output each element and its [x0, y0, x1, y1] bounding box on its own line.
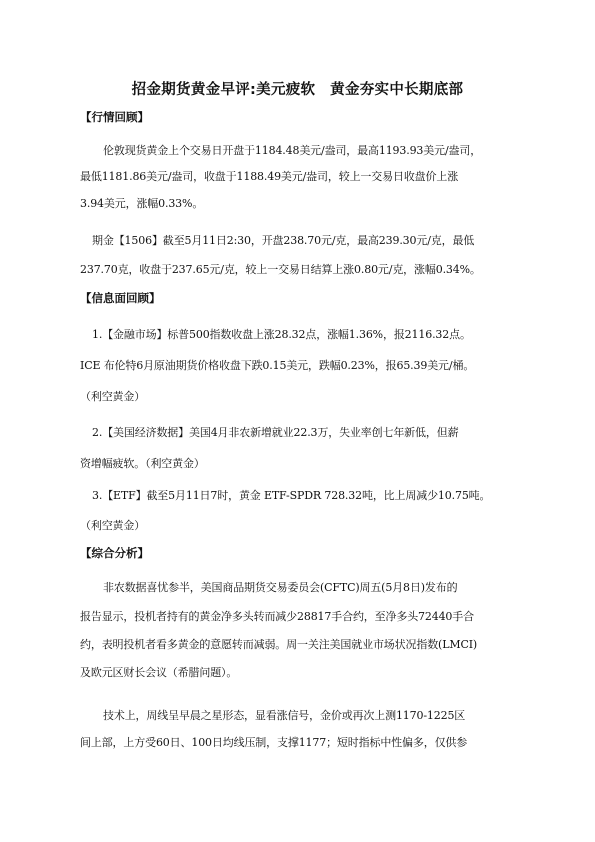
- paragraph-line: 约，表明投机者看多黄金的意愿转而减弱。周一关注美国就业市场状况指数(LMCI): [80, 636, 477, 652]
- list-item-line: 2.【美国经济数据】美国4月非农新增就业22.3万，失业率创七年新低，但薪: [92, 424, 458, 440]
- list-item-line: （利空黄金）: [80, 517, 145, 533]
- list-item-line: 1.【金融市场】标普500指数收盘上涨28.32点，涨幅1.36%，报2116.…: [92, 326, 471, 342]
- paragraph-line: 3.94美元，涨幅0.33%。: [80, 195, 203, 211]
- paragraph-line: 非农数据喜忧参半，美国商品期货交易委员会(CFTC)周五(5月8日)发布的: [103, 579, 457, 595]
- list-item-line: 资增幅疲软。（利空黄金）: [80, 455, 205, 471]
- section-heading-analysis: 【综合分析】: [80, 545, 149, 561]
- paragraph-line: 间上部，上方受60日、100日均线压制，支撑1177；短时指标中性偏多，仅供参: [80, 734, 467, 750]
- list-item-line: ICE 布伦特6月原油期货价格收盘下跌0.15美元，跌幅0.23%，报65.39…: [80, 357, 474, 373]
- list-item-line: 3.【ETF】截至5月11日7时，黄金 ETF-SPDR 728.32吨，比上周…: [92, 487, 490, 503]
- paragraph-line: 最低1181.86美元/盎司，收盘于1188.49美元/盎司，较上一交易日收盘价…: [80, 168, 458, 184]
- paragraph-line: 及欧元区财长会议（希腊问题）。: [80, 664, 237, 680]
- list-item-line: （利空黄金）: [80, 388, 145, 404]
- document-title: 招金期货黄金早评:美元疲软 黄金夯实中长期底部: [0, 78, 595, 99]
- paragraph-line: 报告显示，投机者持有的黄金净多头转而减少28817手合约，至净多头72440手合: [80, 608, 474, 624]
- document-page: 招金期货黄金早评:美元疲软 黄金夯实中长期底部 【行情回顾】 伦敦现货黄金上个交…: [0, 0, 595, 842]
- paragraph-line: 伦敦现货黄金上个交易日开盘于1184.48美元/盎司，最高1193.93美元/盎…: [103, 142, 481, 158]
- paragraph-line: 237.70克，收盘于237.65元/克，较上一交易日结算上涨0.80元/克，涨…: [80, 261, 481, 277]
- paragraph-line: 期金【1506】截至5月11日2:30，开盘238.70元/克，最高239.30…: [92, 232, 474, 248]
- paragraph-line: 技术上，周线呈早晨之星形态，显看涨信号，金价或再次上测1170-1225区: [103, 707, 465, 723]
- section-heading-news-review: 【信息面回顾】: [80, 290, 161, 306]
- section-heading-market-review: 【行情回顾】: [80, 109, 149, 125]
